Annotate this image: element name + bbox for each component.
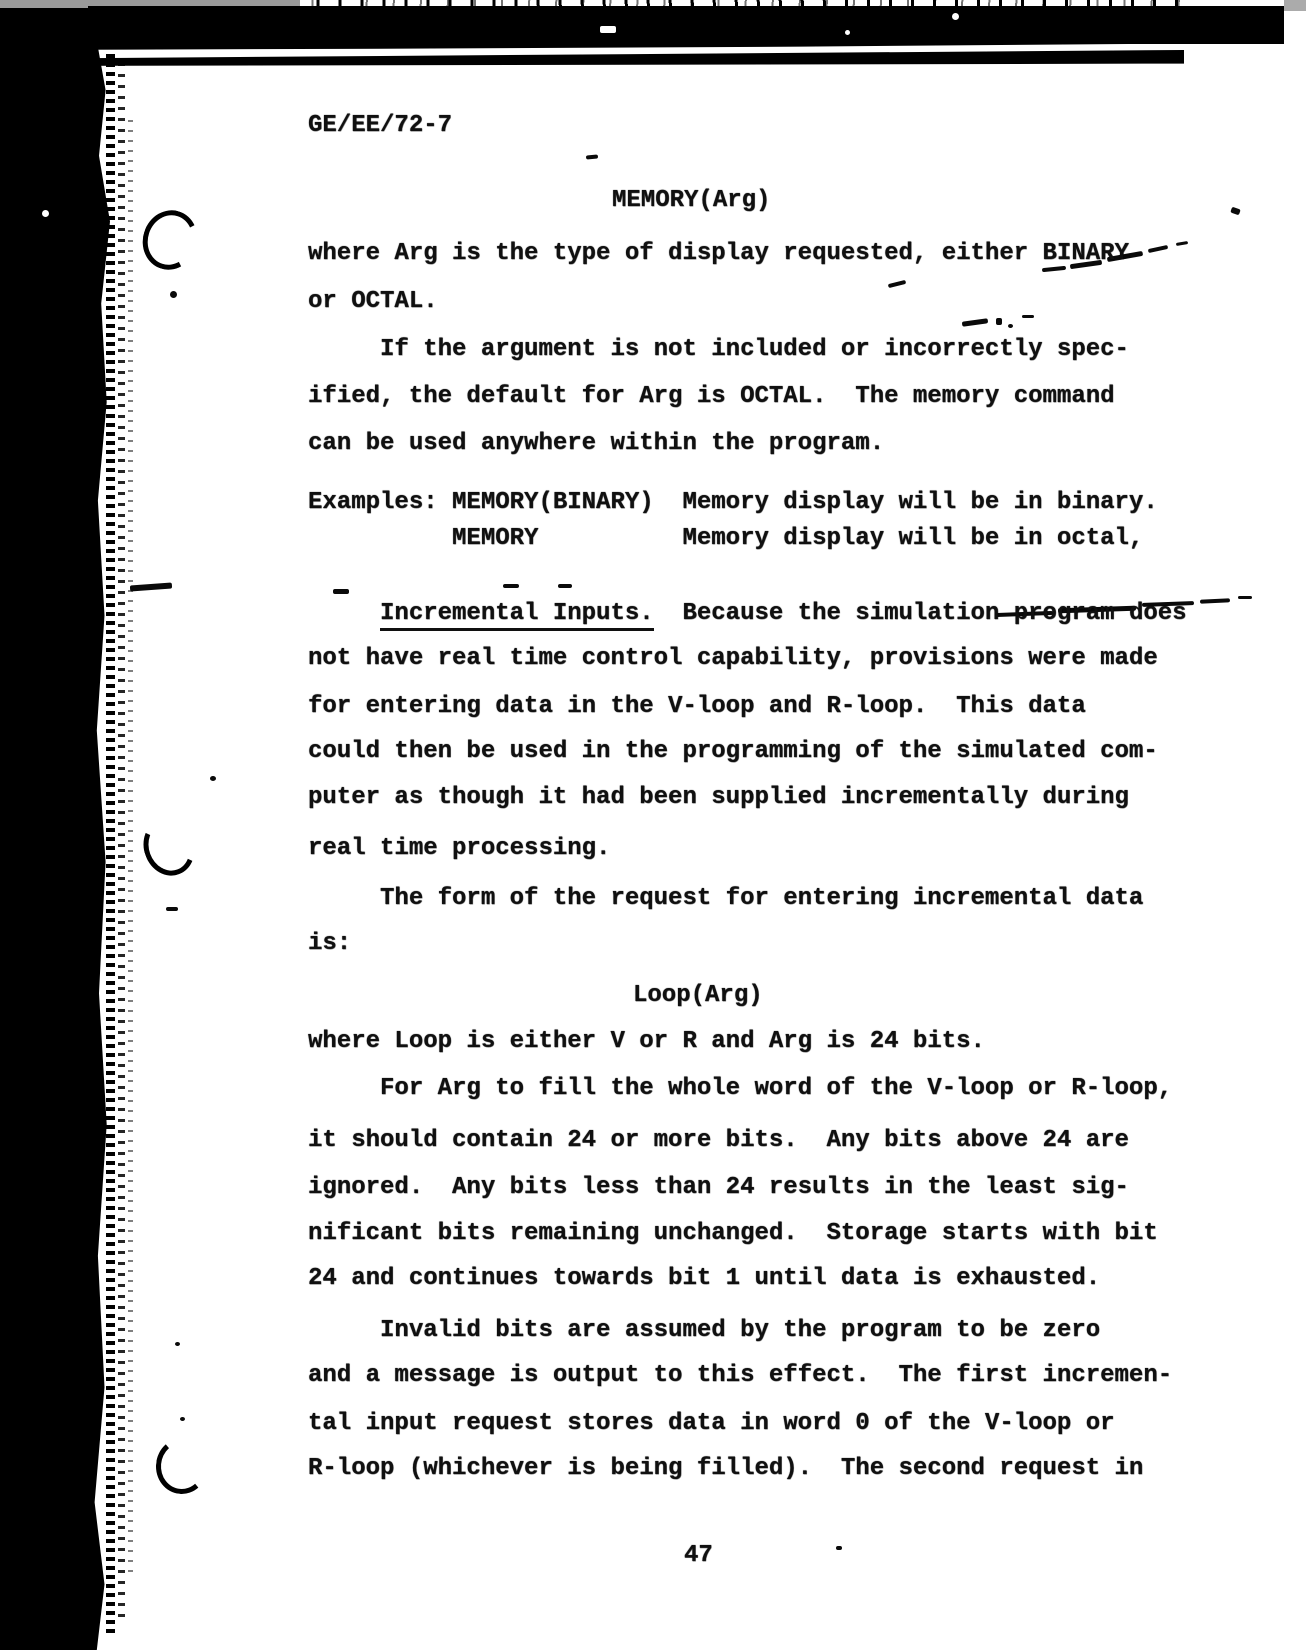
scanner-corner-gray	[1284, 0, 1306, 11]
text-line: is:	[308, 929, 351, 959]
scan-speck	[42, 210, 49, 217]
scan-speck	[952, 13, 959, 20]
pen-scribble	[1238, 596, 1252, 599]
scan-speck	[210, 776, 216, 781]
scan-speck	[180, 1417, 185, 1421]
pen-scribble	[888, 280, 906, 288]
text-line: and a message is output to this effect. …	[308, 1361, 1172, 1391]
scan-speck	[836, 1546, 842, 1550]
text-line: could then be used in the programming of…	[308, 737, 1158, 767]
text-line: tal input request stores data in word 0 …	[308, 1409, 1115, 1439]
pen-scribble	[1148, 245, 1168, 253]
text-line: Incremental Inputs. Because the simulati…	[308, 599, 1187, 629]
page-number: 47	[684, 1541, 713, 1571]
example-line: Examples: MEMORY(BINARY) Memory display …	[308, 488, 1158, 518]
text-line: where Arg is the type of display request…	[308, 239, 1129, 269]
text-line: ignored. Any bits less than 24 results i…	[308, 1173, 1129, 1203]
text-line: R-loop (whichever is being filled). The …	[308, 1454, 1143, 1484]
binding-edge-texture	[118, 60, 125, 1620]
pen-smudge	[1022, 315, 1034, 318]
scan-speck	[333, 589, 349, 594]
text-line: 24 and continues towards bit 1 until dat…	[308, 1264, 1100, 1294]
hole-punch-mark	[136, 811, 203, 883]
text-line: Invalid bits are assumed by the program …	[308, 1316, 1100, 1346]
scan-speck	[845, 30, 850, 35]
text-line: for entering data in the V-loop and R-lo…	[308, 692, 1086, 722]
text-line: ified, the default for Arg is OCTAL. The…	[308, 382, 1115, 412]
text-line: it should contain 24 or more bits. Any b…	[308, 1126, 1129, 1156]
text-segment: Because the simulation program does	[654, 600, 1187, 627]
scanned-document-page: { "page": { "header": "GE/EE/72-7", "tit…	[0, 0, 1306, 1650]
scan-speck	[175, 1342, 180, 1346]
pen-smudge	[996, 318, 1002, 325]
pen-smudge	[962, 318, 988, 327]
text-line: can be used anywhere within the program.	[308, 429, 884, 459]
section-title: MEMORY(Arg)	[612, 186, 770, 216]
scan-speck	[170, 291, 177, 298]
scan-speck	[283, 1638, 295, 1643]
hole-punch-mark	[154, 1436, 211, 1496]
pen-scribble	[1176, 241, 1188, 246]
binding-edge-texture	[128, 120, 133, 1580]
text-line: or OCTAL.	[308, 287, 438, 317]
indent	[308, 600, 380, 627]
scan-speck	[1230, 207, 1241, 216]
text-line: real time processing.	[308, 834, 610, 864]
scan-black-left-margin	[0, 8, 110, 1650]
text-line: For Arg to fill the whole word of the V-…	[308, 1074, 1172, 1104]
text-line: The form of the request for entering inc…	[308, 884, 1143, 914]
underlined-heading: Incremental Inputs.	[380, 600, 654, 631]
scan-black-band-bottom	[0, 50, 1184, 66]
example-line: MEMORY Memory display will be in octal,	[308, 524, 1143, 554]
scan-speck	[166, 907, 178, 911]
text-line: If the argument is not included or incor…	[308, 335, 1129, 365]
scan-speck	[558, 584, 572, 588]
pen-smudge	[1008, 324, 1013, 328]
loop-form-line: Loop(Arg)	[633, 981, 763, 1011]
hole-punch-mark	[135, 203, 205, 277]
scan-speck	[130, 583, 172, 592]
text-line: nificant bits remaining unchanged. Stora…	[308, 1219, 1158, 1249]
text-line: not have real time control capability, p…	[308, 644, 1158, 674]
scan-speck	[503, 584, 519, 588]
pen-scribble	[1200, 598, 1230, 604]
binding-edge-texture	[106, 36, 115, 1636]
document-id-header: GE/EE/72-7	[308, 111, 452, 141]
scan-speck	[586, 154, 598, 159]
scan-speck	[600, 26, 616, 33]
text-line: where Loop is either V or R and Arg is 2…	[308, 1027, 985, 1057]
text-line: puter as though it had been supplied inc…	[308, 783, 1129, 813]
